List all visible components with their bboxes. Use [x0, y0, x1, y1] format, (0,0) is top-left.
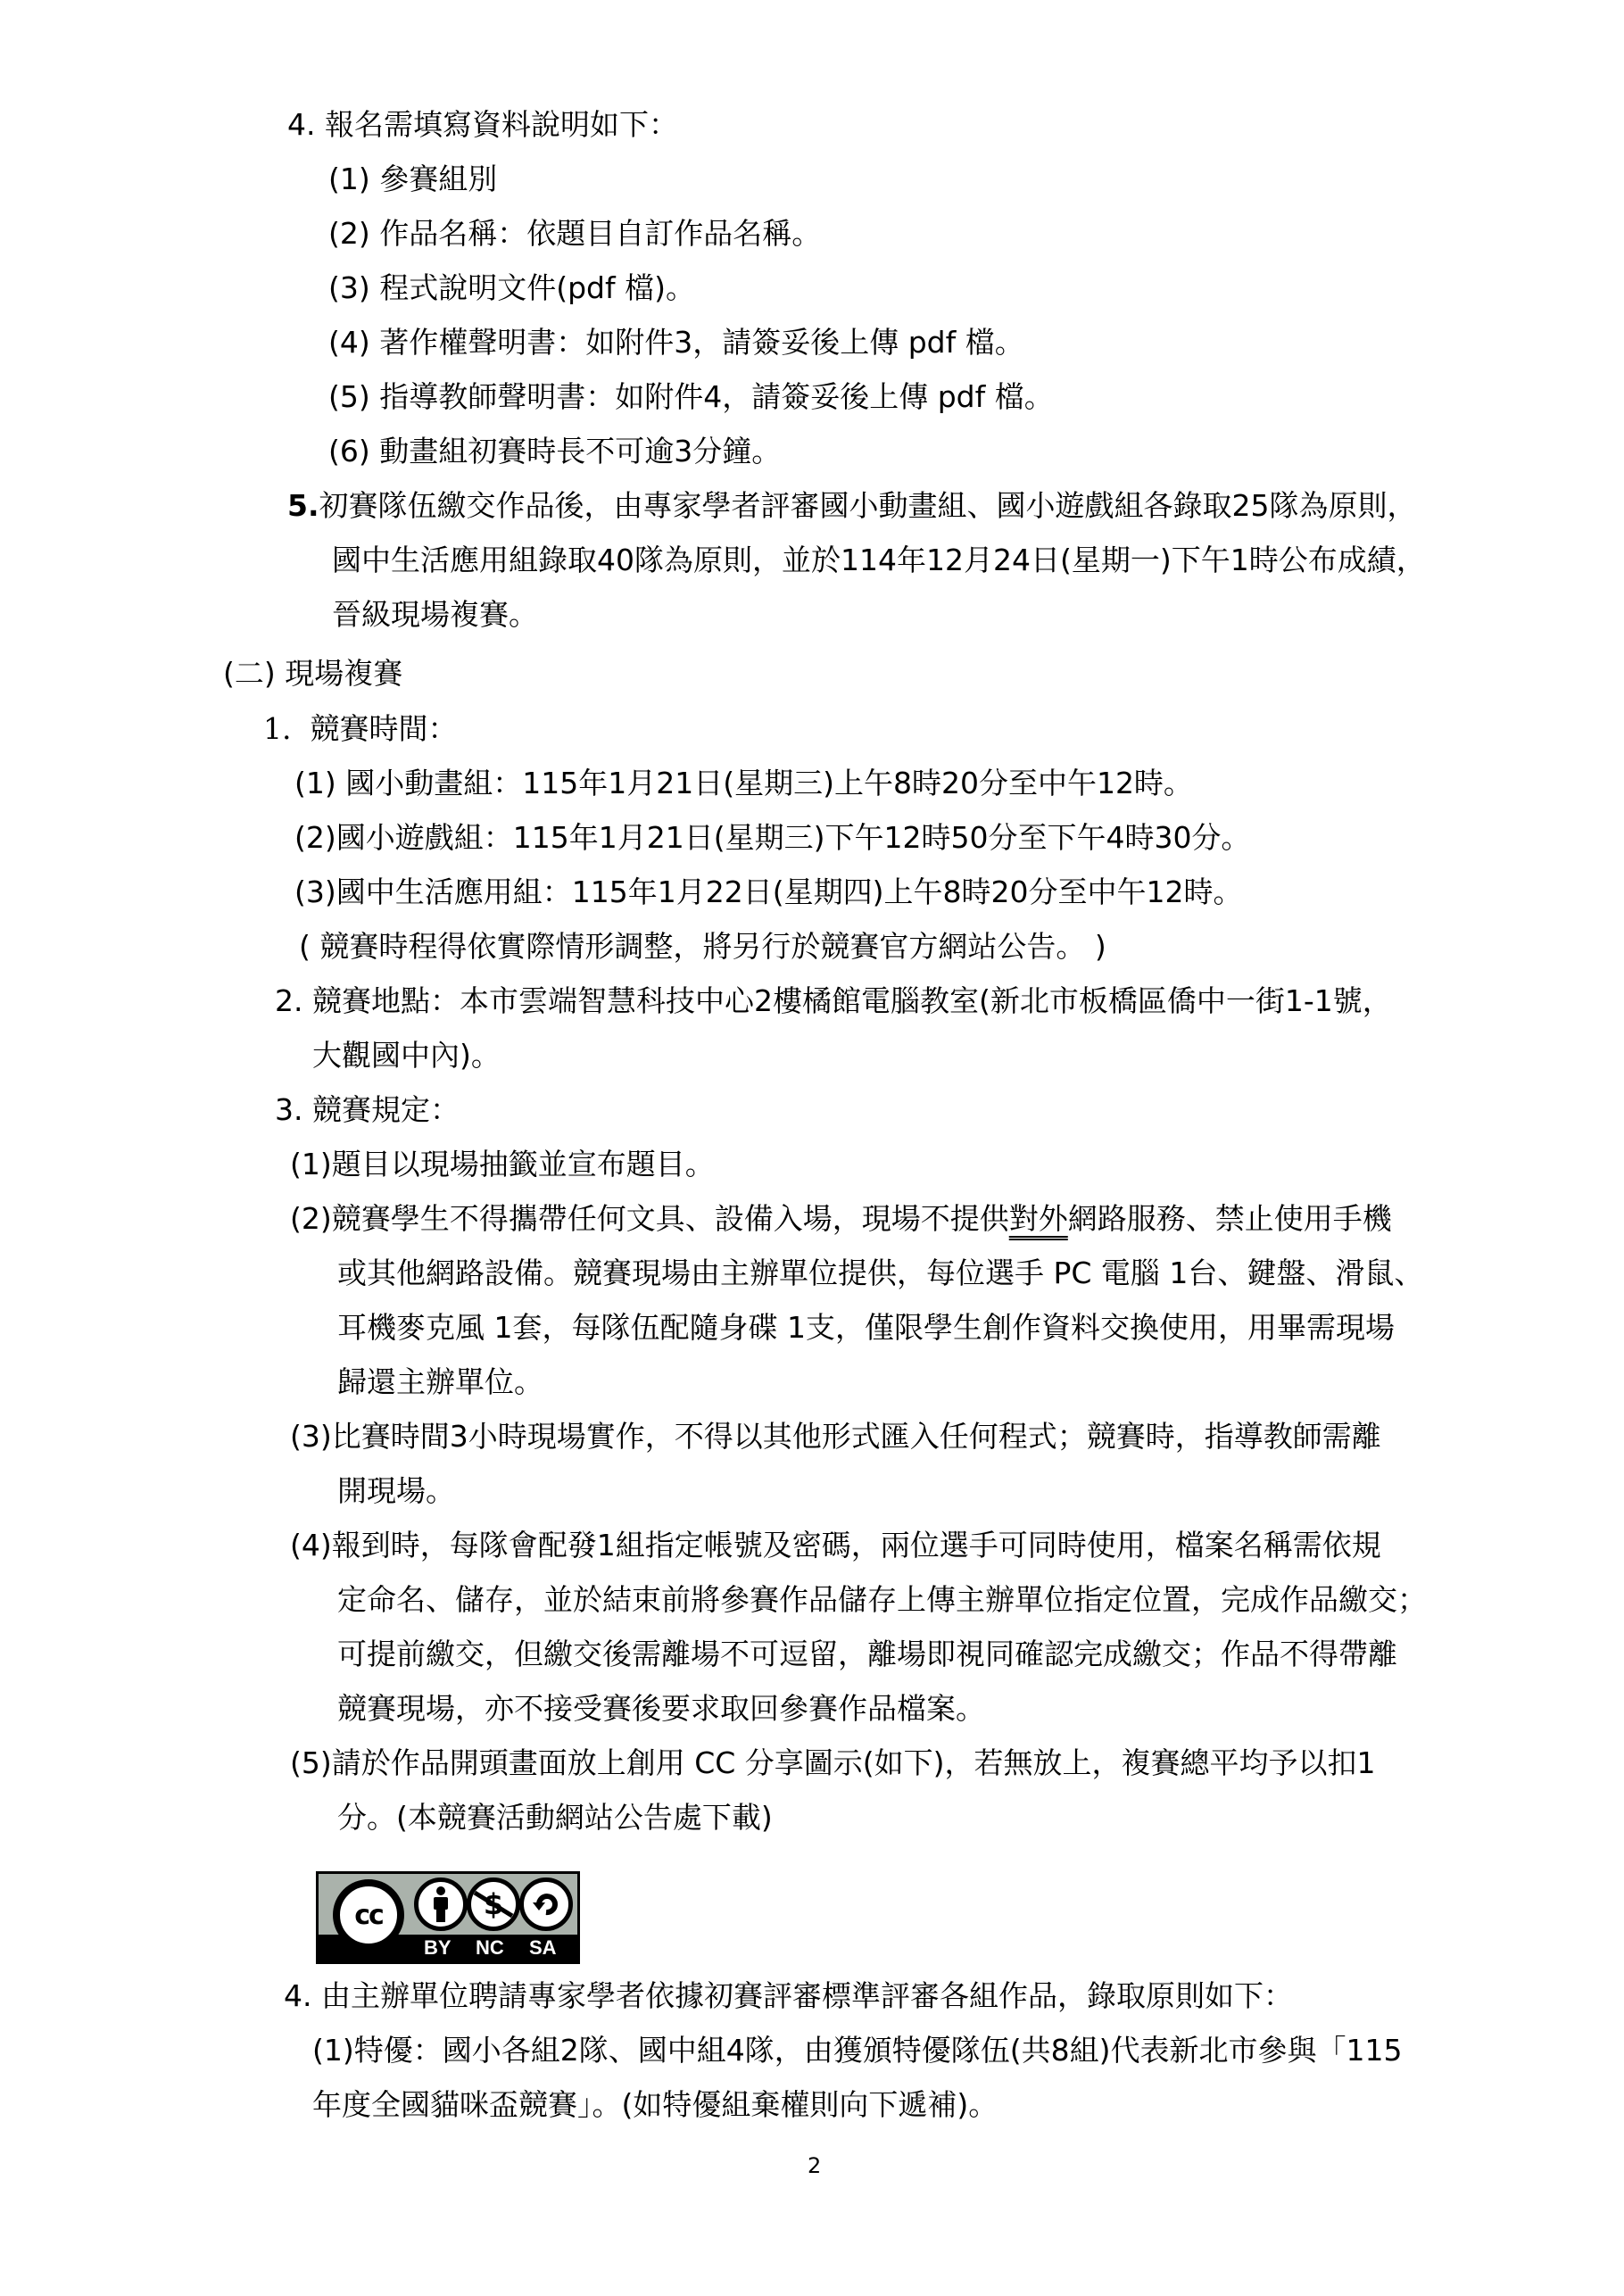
competition-location-line-1: 2. 競賽地點：本市雲端智慧科技中心2樓橘館電腦教室(新北市板橋區僑中一街1-1… — [275, 983, 1392, 1019]
page-number: 2 — [808, 2152, 821, 2179]
rule-3-line-2: 開現場。 — [337, 1473, 455, 1509]
rule-4-line-4: 競賽現場，亦不接受賽後要求取回參賽作品檔案。 — [337, 1691, 985, 1727]
preliminary-number: 5. — [287, 488, 319, 523]
rule-5-line-2: 分。(本競賽活動網站公告處下載) — [337, 1800, 773, 1836]
cc-icon: cc — [333, 1879, 404, 1951]
registration-item-1: (1) 參賽組別 — [328, 162, 497, 197]
registration-item-6: (6) 動畫組初賽時長不可逾3分鐘。 — [328, 434, 781, 469]
rule-1: (1)題目以現場抽籤並宣布題目。 — [290, 1147, 715, 1182]
registration-item-4: (4) 著作權聲明書：如附件3，請簽妥後上傳 pdf 檔。 — [328, 325, 1024, 361]
competition-time-note: ( 競賽時程得依實際情形調整，將另行於競賽官方網站公告。 ) — [299, 929, 1106, 965]
competition-time-heading: 1. 競賽時間： — [263, 711, 457, 747]
noncommercial-dollar-icon: $ — [467, 1877, 520, 1931]
awards-item-1-line-1: (1)特優：國小各組2隊、國中組4隊，由獲頒特優隊伍(共8組)代表新北市參與「1… — [312, 2033, 1402, 2068]
registration-item-5: (5) 指導教師聲明書：如附件4，請簽妥後上傳 pdf 檔。 — [328, 379, 1054, 415]
rule-2-text-before: (2)競賽學生不得攜帶任何文具、設備入場，現場不提供 — [290, 1201, 1009, 1236]
cc-label-sa: SA — [529, 1936, 557, 1960]
awards-heading: 4. 由主辦單位聘請專家學者依據初賽評審標準評審各組作品，錄取原則如下： — [284, 1978, 1293, 2014]
rule-2-underlined-text: 對外 — [1009, 1201, 1068, 1236]
rule-4-line-1: (4)報到時，每隊會配發1組指定帳號及密碼，兩位選手可同時使用，檔案名稱需依規 — [290, 1528, 1381, 1563]
cc-label-by: BY — [424, 1936, 452, 1960]
competition-time-item-2: (2)國小遊戲組：115年1月21日(星期三)下午12時50分至下午4時30分。 — [294, 820, 1250, 856]
preliminary-paragraph-line-2: 國中生活應用組錄取40隊為原則，並於114年12月24日(星期一)下午1時公布成… — [332, 543, 1426, 578]
rule-3-line-1: (3)比賽時間3小時現場實作，不得以其他形式匯入任何程式；競賽時，指導教師需離 — [290, 1419, 1381, 1455]
sharealike-icon — [519, 1877, 573, 1931]
rule-2-text-after: 網路服務、禁止使用手機 — [1068, 1201, 1392, 1236]
rule-5-line-1: (5)請於作品開頭畫面放上創用 CC 分享圖示(如下)，若無放上，複賽總平均予以… — [290, 1745, 1376, 1781]
rule-2-line-2: 或其他網路設備。競賽現場由主辦單位提供，每位選手 PC 電腦 1台、鍵盤、滑鼠、 — [337, 1256, 1423, 1291]
competition-rules-heading: 3. 競賽規定： — [275, 1092, 460, 1128]
preliminary-paragraph-line-3: 晉級現場複賽。 — [332, 597, 538, 633]
awards-item-1-line-2: 年度全國貓咪盃競賽」。(如特優組棄權則向下遞補)。 — [312, 2087, 998, 2123]
preliminary-paragraph-line-1: 5.初賽隊伍繳交作品後，由專家學者評審國小動畫組、國小遊戲組各錄取25隊為原則， — [287, 488, 1417, 524]
rule-2-line-1: (2)競賽學生不得攜帶任何文具、設備入場，現場不提供對外網路服務、禁止使用手機 — [290, 1201, 1392, 1237]
competition-time-item-3: (3)國中生活應用組：115年1月22日(星期四)上午8時20分至中午12時。 — [294, 874, 1242, 910]
cc-by-nc-sa-badge: cc $ BY NC SA — [316, 1871, 580, 1964]
competition-time-number: 1. — [263, 711, 292, 746]
registration-item-2: (2) 作品名稱：依題目自訂作品名稱。 — [328, 216, 821, 252]
rule-2-line-4: 歸還主辦單位。 — [337, 1364, 543, 1400]
cc-label-nc: NC — [476, 1936, 504, 1960]
competition-time-item-1: (1) 國小動畫組：115年1月21日(星期三)上午8時20分至中午12時。 — [294, 766, 1193, 801]
registration-item-3: (3) 程式說明文件(pdf 檔)。 — [328, 270, 695, 306]
preliminary-text-1: 初賽隊伍繳交作品後，由專家學者評審國小動畫組、國小遊戲組各錄取25隊為原則， — [319, 488, 1417, 523]
rule-4-line-2: 定命名、儲存，並於結束前將參賽作品儲存上傳主辦單位指定位置，完成作品繳交； — [337, 1582, 1427, 1618]
rule-4-line-3: 可提前繳交，但繳交後需離場不可逗留，離場即視同確認完成繳交；作品不得帶離 — [337, 1637, 1397, 1672]
registration-heading: 4. 報名需填寫資料說明如下： — [287, 107, 678, 143]
attribution-person-icon — [414, 1877, 468, 1931]
onsite-final-heading: (二) 現場複賽 — [223, 656, 402, 692]
competition-location-line-2: 大觀國中內)。 — [312, 1038, 501, 1073]
competition-time-label: 競賽時間： — [310, 711, 457, 746]
rule-2-line-3: 耳機麥克風 1套，每隊伍配隨身碟 1支，僅限學生創作資料交換使用，用畢需現場 — [337, 1310, 1395, 1346]
